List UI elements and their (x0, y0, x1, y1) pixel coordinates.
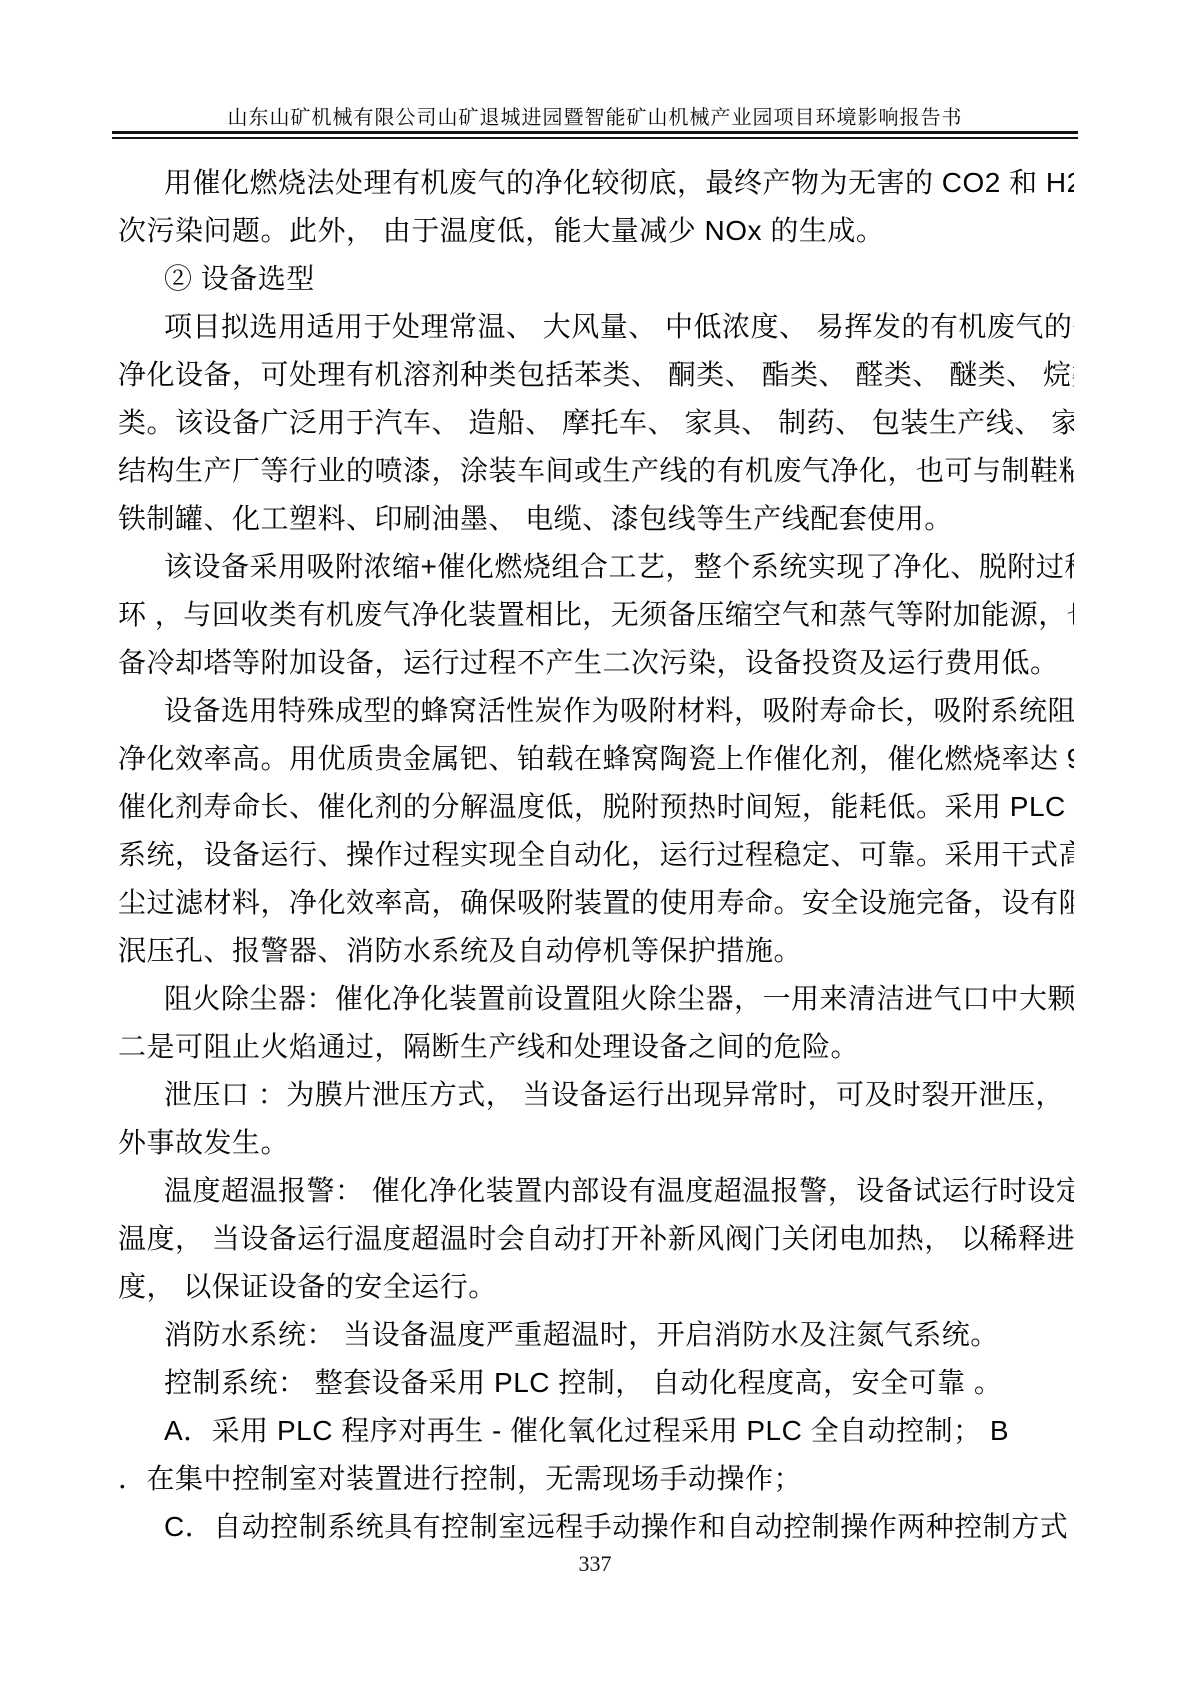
text-line: 结构生产厂等行业的喷漆，涂装车间或生产线的有机废气净化，也可与制鞋粘胶、 印 (118, 447, 1074, 495)
text-line: 尘过滤材料，净化效率高，确保吸附装置的使用寿命。安全设施完备，设有阻火 器、 (118, 879, 1074, 927)
text-line: 二是可阻止火焰通过，隔断生产线和处理设备之间的危险。 (118, 1023, 1074, 1071)
text-line: 外事故发生。 (118, 1119, 1074, 1167)
text-line: ．在集中控制室对装置进行控制，无需现场手动操作； (118, 1455, 1074, 1503)
document-body: 用催化燃烧法处理有机废气的净化较彻底，最终产物为无害的 CO2 和 H2O ，无… (118, 159, 1074, 1551)
text-line: 泄压口 ：为膜片泄压方式， 当设备运行出现异常时，可及时裂开泄压， 防止意 (118, 1071, 1074, 1119)
text-line: 用催化燃烧法处理有机废气的净化较彻底，最终产物为无害的 CO2 和 H2O ，无… (118, 159, 1074, 207)
page-header-title: 山东山矿机械有限公司山矿退城进园暨智能矿山机械产业园项目环境影响报告书 (0, 101, 1190, 130)
text-line: 类。该设备广泛用于汽车、 造船、 摩托车、 家具、 制药、 包装生产线、 家用电… (118, 399, 1074, 447)
text-line: 铁制罐、化工塑料、印刷油墨、 电缆、漆包线等生产线配套使用。 (118, 495, 1074, 543)
text-line: 环 ，与回收类有机废气净化装置相比，无须备压缩空气和蒸气等附加能源，也无须配 (118, 591, 1074, 639)
text-line: 泯压孔、报警器、消防水系统及自动停机等保护措施。 (118, 927, 1074, 975)
text-line: 项目拟选用适用于处理常温、 大风量、 中低浓度、 易挥发的有机废气的催化燃烧 (118, 303, 1074, 351)
text-line: A．采用 PLC 程序对再生 - 催化氧化过程采用 PLC 全自动控制； B (118, 1407, 1074, 1455)
text-line: 阻火除尘器：催化净化装置前设置阻火除尘器，一用来清洁进气口中大颗粒， (118, 975, 1074, 1023)
page-number: 337 (0, 1551, 1190, 1577)
text-line: 备冷却塔等附加设备，运行过程不产生二次污染，设备投资及运行费用低。 (118, 639, 1074, 687)
text-line: 设备选用特殊成型的蜂窝活性炭作为吸附材料，吸附寿命长，吸附系统阻力低， (118, 687, 1074, 735)
document-page: 山东山矿机械有限公司山矿退城进园暨智能矿山机械产业园项目环境影响报告书 用催化燃… (0, 0, 1190, 1683)
header-divider-rule (112, 131, 1078, 139)
text-line: 净化效率高。用优质贵金属钯、铂载在蜂窝陶瓷上作催化剂，催化燃烧率达 95%以 上… (118, 735, 1074, 783)
text-line: 系统，设备运行、操作过程实现全自动化，运行过程稳定、可靠。采用干式高效 粉 (118, 831, 1074, 879)
text-line: 催化剂寿命长、催化剂的分解温度低，脱附预热时间短，能耗低。采用 PLC 集中 控… (118, 783, 1074, 831)
text-line: 该设备采用吸附浓缩+催化燃烧组合工艺，整个系统实现了净化、脱附过程闭循 (118, 543, 1074, 591)
text-line: 温度超温报警： 催化净化装置内部设有温度超温报警，设备试运行时设定安全 (118, 1167, 1074, 1215)
text-line: 控制系统： 整套设备采用 PLC 控制， 自动化程度高，安全可靠 。 (118, 1359, 1074, 1407)
text-line: 次污染问题。此外， 由于温度低，能大量减少 NOx 的生成。 (118, 207, 1074, 255)
text-line: ② 设备选型 (118, 255, 1074, 303)
text-line: 消防水系统： 当设备温度严重超温时，开启消防水及注氮气系统。 (118, 1311, 1074, 1359)
text-line: 温度， 当设备运行温度超温时会自动打开补新风阀门关闭电加热， 以稀释进气温 (118, 1215, 1074, 1263)
text-line: 净化设备，可处理有机溶剂种类包括苯类、 酮类、 酯类、 醛类、 醚类、 烷类及其… (118, 351, 1074, 399)
text-line: 度， 以保证设备的安全运行。 (118, 1263, 1074, 1311)
text-line: C．自动控制系统具有控制室远程手动操作和自动控制操作两种控制方式 。 自动 (118, 1503, 1074, 1551)
